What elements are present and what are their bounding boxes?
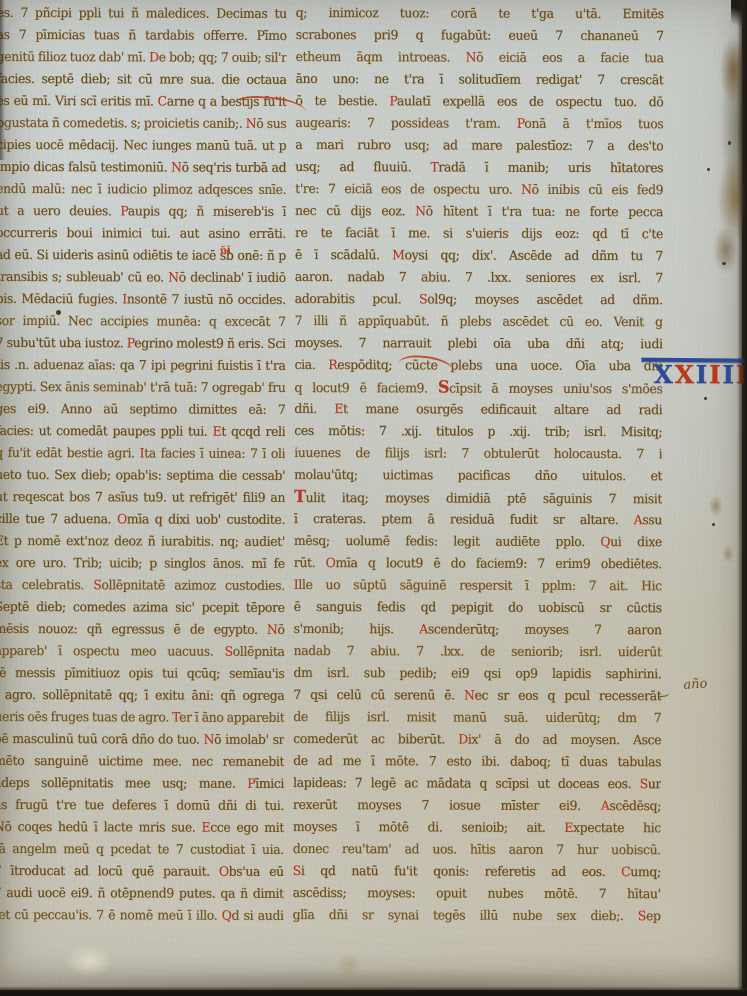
line-text: aulatī expellā eos de ospectu tuo. dō — [397, 93, 664, 110]
rubricated-initial: N — [415, 203, 426, 219]
chapter-numeral-letter: I — [696, 360, 708, 389]
line-text: q fu'it edāt bestie agri. — [0, 444, 140, 460]
line-text: ō sus — [256, 115, 286, 131]
line-text: i qd natū fu'it qonis: referetis ad eos. — [301, 862, 621, 879]
line-text: q locut9 ē faciem9. — [294, 379, 438, 395]
text-line: Et p nomē ext'noz deoz ñ iurabitis. nq; … — [0, 529, 285, 553]
line-text: cce ego mit — [210, 819, 284, 835]
rubricated-initial: T — [172, 709, 179, 725]
line-text: ē sanguis fedis qd pepigit do uobiscū sr… — [294, 598, 662, 615]
text-line: scrabones pri9 q fugabūt: eueū 7 chanane… — [296, 23, 664, 47]
line-text: q; inimicoz tuoz: corā te t'ga u'tā. Emi… — [296, 4, 664, 21]
text-line: mēto sanguinē uictime mee. nec remanebit — [0, 749, 284, 773]
text-line: augearis: 7 possideas t'ram. Ponā ā t'mī… — [295, 111, 663, 135]
line-text: lapideas: 7 legē ac mādata q scīpsi ut d… — [293, 774, 640, 791]
line-text: Nō coqes hedū ī lacte mris sue. — [0, 818, 202, 834]
text-line: as 7 pīmicias tuas ñ tardabis offerre. P… — [0, 23, 287, 47]
rubricated-initial: P — [127, 335, 134, 351]
line-text: glīa dñi sr synai tegēs illū nube sex di… — [293, 906, 638, 923]
rubricated-initial: O — [219, 863, 229, 879]
line-text: espōditq; cūcte plebs una uoce. Oīa uba … — [337, 357, 662, 374]
text-line: de filijs isrl. misit manū suā. uiderūtq… — [293, 705, 661, 729]
interlinear-correction: ñi — [219, 245, 231, 257]
line-text: 7 subu'tūt uba iustoz. — [0, 334, 127, 350]
text-line: ī crateras. ptem ā residuā fudit sr alta… — [294, 507, 662, 531]
text-line: nadab 7 abiu. 7 .lxx. de seniorib; isrl.… — [293, 639, 661, 663]
line-text: oē masculinū tuū corā dño do tuo. — [0, 730, 204, 746]
line-text: d si audi — [231, 907, 283, 923]
line-text: sta celebratis. — [0, 576, 93, 592]
text-line: lapideas: 7 legē ac mādata q scīpsi ut d… — [293, 771, 661, 795]
rubricated-initial: E — [213, 423, 222, 439]
line-text: ō te bestie. — [295, 92, 389, 108]
line-text: ō — [277, 621, 284, 637]
line-text: ueto tuo. Sex dieb; opab'is: septima die… — [0, 466, 285, 483]
text-line: etheum āqm introeas. Nō eiciā eos a faci… — [295, 45, 663, 69]
page-content: es. 7 pñcipi ppli tui ñ maledices. Decim… — [0, 0, 747, 996]
line-text: ssu — [642, 512, 662, 528]
line-text: mēto sanguinē uictime mee. nec remanebit — [0, 752, 284, 769]
rubricated-initial: E — [564, 819, 573, 835]
text-line: cia. Respōditq; cūcte plebs una uoce. Oī… — [294, 353, 662, 377]
line-text: e bob; qq; 7 ouib; sil'r — [159, 49, 287, 65]
line-text: iuuenes de filijs isrl: 7 obtulerūt holo… — [294, 444, 662, 461]
rubricated-initial: S — [93, 577, 101, 593]
line-text: tet cū peccau'is. 7 ē nomē meū ī illo. — [0, 906, 222, 922]
line-text: egrino molest9 ñ eris. Sci — [134, 335, 285, 351]
rubricated-initial: S — [640, 776, 648, 792]
line-text: a mari rubro usq; ad mare palestīoz: 7 a… — [295, 136, 663, 153]
line-text: t're: 7 eiciā eos de ospectu uro. — [295, 180, 521, 196]
rubricated-initial: C — [621, 864, 630, 880]
text-line: occurreris boui inimici tui. aut asino e… — [0, 221, 286, 245]
text-line: adorabitis pcul. Sol9q; moyses ascēdet a… — [295, 287, 663, 311]
line-text: ut a uero deuies. — [0, 202, 120, 218]
text-line: egypti. Sex ānis seminab' t'rā tuā: 7 og… — [0, 375, 285, 399]
text-line: adeps sollēpnitatis mee usq; mane. Pīmic… — [0, 771, 284, 795]
line-text: transibis s; subleuab' cū eo. — [0, 268, 168, 284]
line-text: lle uo sūptū sāguinē respersit ī pplm: 7… — [298, 576, 662, 593]
line-text: ascēdiss; moyses: opuit nubes mōtē. 7 hī… — [293, 884, 661, 901]
line-text: 7 audi uocē ei9. ñ otēpnend9 putes. qa ñ… — [0, 884, 284, 901]
line-text: umq; — [630, 864, 660, 880]
text-line: sor impiū. Nec accipies munēa: q excecāt… — [0, 309, 286, 333]
line-text: tē messis pīmitiuoz opis tui qcūq; semīa… — [0, 664, 284, 681]
line-text: augearis: 7 possideas t'ram. — [295, 114, 516, 130]
text-line: q fu'it edāt bestie agri. Ita facies ī u… — [0, 441, 285, 465]
line-text: appareb' ī ospectu meo uacuus. — [0, 642, 225, 658]
text-line: 7 ītroducat ad locū quē parauit. Obs'ua … — [0, 859, 284, 883]
rubricated-initial: E — [334, 401, 343, 417]
text-line: donec reu'tam' ad uos. hītis aaron 7 hur… — [293, 837, 661, 861]
text-line: 7 audi uocē ei9. ñ otēpnend9 putes. qa ñ… — [0, 881, 284, 905]
text-line: comederūt ac biberūt. Dix' ā do ad moyse… — [293, 727, 661, 751]
text-line: ueris oēs fruges tuas de agro. Ter ī āno… — [0, 705, 284, 729]
line-text: re te faciāt ī me. si s'uieris dijs eoz:… — [295, 224, 663, 241]
line-text: genitū filioz tuoz dab' mī. — [0, 48, 149, 64]
rubricated-initial: N — [267, 621, 278, 637]
line-text: ē ī scādalū. — [295, 246, 392, 262]
line-text: impio dicas falsū testimoniū. — [0, 158, 171, 174]
line-text: tis .n. aduenaz aīas: qa 7 ipi pegrini f… — [0, 356, 285, 373]
line-text: ix' ā do ad moysen. Asce — [468, 731, 661, 747]
text-line: genitū filioz tuoz dab' mī. De bob; qq; … — [0, 45, 287, 69]
line-text: radā ī manib; uris hītatores — [438, 159, 663, 175]
text-line: pis. Mēdaciū fugies. Insontē 7 iustū nō … — [0, 287, 286, 311]
rubricated-initial: O — [117, 511, 127, 527]
line-text: onā ā t'mīos tuos — [524, 115, 663, 131]
line-text: t qcqd reli — [221, 423, 285, 439]
text-line: ges ei9. Anno aū septimo dimittes eā: 7 … — [0, 397, 285, 421]
rubricated-initial: D — [149, 49, 159, 65]
line-text: ur — [648, 776, 661, 792]
line-text: ollēpnitatē azimoz custodies. — [101, 577, 284, 593]
line-text: de filijs isrl. misit manū suā. uiderūtq… — [293, 708, 661, 725]
rubricated-initial: P — [517, 115, 525, 131]
text-line: ē ī scādalū. Moysi qq; dix'. Ascēde ad d… — [295, 243, 663, 267]
line-text: bs'ua eū — [229, 863, 284, 879]
text-line: as frugū t're tue deferes ī domū dñi di … — [0, 793, 284, 817]
line-text: Septē dieb; comedes azima sic' pcepit tē… — [0, 598, 285, 615]
line-text: t mane osurgēs edificauit altare ad radi — [343, 401, 662, 418]
line-text: ces mōtis: 7 .xij. titulos p .xij. trib;… — [294, 422, 662, 439]
line-text: comederūt ac biberūt. — [293, 730, 458, 746]
line-text: āno uno: ne t'ra ī solitudīem redigat' 7… — [295, 70, 663, 87]
manuscript-photo: { "colors": { "ink_brown": "#6d4c15", "r… — [0, 0, 747, 996]
line-text: egypti. Sex ānis seminab' t'rā tuā: 7 og… — [0, 378, 285, 395]
line-text: ō eiciā eos a facie tua — [476, 49, 664, 65]
text-line: Tulit itaq; moyses dimidiā ptē sāguinis … — [294, 485, 662, 509]
line-text: cia. — [294, 356, 328, 372]
text-line: tis .n. aduenaz aīas: qa 7 ipi pegrini f… — [0, 353, 286, 377]
text-line: moyses ī mōtē di. senioib; ait. Expectat… — [293, 815, 661, 839]
line-text: nec cū dijs eoz. — [295, 202, 415, 218]
text-line: aaron. nadab 7 abiu. 7 .lxx. seniores ex… — [295, 265, 663, 289]
line-text: etheum āqm introeas. — [296, 48, 466, 64]
text-line: iuuenes de filijs isrl: 7 obtulerūt holo… — [294, 441, 662, 465]
text-line: re te faciāt ī me. si s'uieris dijs eoz:… — [295, 221, 663, 245]
line-text: donec reu'tam' ad uos. hītis aaron 7 hur… — [293, 840, 661, 857]
text-line: rūt. Omīa q locut9 ē do faciem9: 7 erim9… — [294, 551, 662, 575]
line-text: ut reqescat bos 7 asĩus tu9. ut refrigēt… — [0, 488, 285, 505]
line-text: ō hītent ī t'ra tua: ne forte pecca — [426, 203, 663, 219]
rubricated-initial: N — [466, 49, 477, 65]
text-line: ut reqescat bos 7 asĩus tu9. ut refrigēt… — [0, 485, 285, 509]
chapter-numeral: XXIIII — [653, 359, 747, 389]
right-page-edge — [737, 0, 747, 996]
rubricated-initial: N — [171, 159, 182, 175]
rubricated-initial: N — [521, 181, 532, 197]
line-text: dñi. — [294, 400, 334, 416]
text-line: Septē dieb; comedes azima sic' pcepit tē… — [0, 595, 285, 619]
text-line: ī agro. sollēpnitatē qq; ī exitu āni: qñ… — [0, 683, 284, 707]
text-line: q locut9 ē faciem9. Scīpsit ā moyses uni… — [294, 375, 662, 399]
line-text: 7 ītroducat ad locū quē parauit. — [0, 862, 219, 878]
line-text: ol9q; moyses ascēdet ad dñm. — [427, 291, 663, 307]
text-line: rexerūt moyses 7 iosue mīster ei9. Ascēd… — [293, 793, 661, 817]
text-line: es. 7 pñcipi ppli tui ñ maledices. Decim… — [0, 1, 287, 25]
line-text: ollēpnita — [233, 643, 285, 659]
line-text: ta facies ī uinea: 7 ī oli — [144, 445, 285, 461]
line-text: molau'ūtq; uictimas pacificas dño uitulo… — [294, 466, 662, 483]
text-line: ō te bestie. Paulatī expellā eos de ospe… — [295, 89, 663, 113]
line-text: es eū mī. Viri scī eritis mī. — [0, 92, 158, 108]
text-line: dm isrl. sub pedib; ei9 qsi op9 lapidis … — [293, 661, 661, 685]
line-text: pgustata ñ comedetis. s; proicietis cani… — [0, 114, 246, 130]
text-line: 7 subu'tūt uba iustoz. Pegrino molest9 ñ… — [0, 331, 286, 355]
text-line: ex ore uro. Trib; uicib; p singlos ānos.… — [0, 551, 285, 575]
rubricated-initial: D — [458, 731, 468, 747]
text-line: ad eū. Si uideris asinū odiētis te iacē … — [0, 243, 286, 267]
line-text: ulit itaq; moyses dimidiā ptē sāguinis 7… — [306, 489, 662, 506]
text-line: endū malū: nec ī iudicio plimoz adqesces… — [0, 177, 286, 201]
text-line: impio dicas falsū testimoniū. Nō seq'ris… — [0, 155, 286, 179]
rubricated-initial: N — [168, 269, 179, 285]
text-column-right: q; inimicoz tuoz: corā te t'ga u'tā. Emi… — [293, 2, 664, 927]
text-line: glīa dñi sr synai tegēs illū nube sex di… — [293, 903, 661, 927]
line-text: es. 7 pñcipi ppli tui ñ maledices. Decim… — [0, 4, 287, 21]
text-line: s'monib; hijs. Ascenderūtq; moyses 7 aar… — [294, 617, 662, 641]
text-line: tē messis pīmitiuoz opis tui qcūq; semīa… — [0, 661, 284, 685]
rubricated-initial: C — [158, 93, 167, 109]
line-text: scēdēsq; — [609, 798, 661, 814]
text-line: cipies uocē mēdacij. Nec iunges manū tuā… — [0, 133, 286, 157]
rubricated-initial: M — [392, 247, 404, 263]
text-line: mēsq; uolumē fedis: legit audiēte pplo. … — [294, 529, 662, 553]
line-text: Et p nomē ext'noz deoz ñ iurabitis. nq; … — [0, 532, 285, 549]
text-line: Ille uo sūptū sāguinē respersit ī pplm: … — [294, 573, 662, 597]
bottom-backdrop — [0, 986, 747, 996]
line-text: as 7 pīmicias tuas ñ tardabis offerre. P… — [0, 26, 287, 43]
text-line: transibis s; subleuab' cū eo. Nō declina… — [0, 265, 286, 289]
line-text: ex ore uro. Trib; uicib; p singlos ānos.… — [0, 554, 285, 571]
line-text: cille tue 7 aduena. — [0, 510, 117, 526]
line-text: mīa q dixi uob' custodite. — [127, 511, 285, 527]
line-text: s'monib; hijs. — [294, 620, 420, 636]
left-edge-shadow — [0, 0, 5, 160]
rubricated-initial: P — [120, 203, 127, 219]
text-line: dñi. Et mane osurgēs edificauit altare a… — [294, 397, 662, 421]
rubricated-initial: T — [294, 486, 306, 506]
line-text: ī crateras. ptem ā residuā fudit sr alta… — [294, 510, 634, 527]
rubricated-initial: N — [464, 687, 475, 703]
line-text: ō inibis cū eis fed9 — [532, 181, 664, 197]
rubricated-initial: N — [246, 115, 257, 131]
line-text: pis. Mēdaciū fugies. — [0, 290, 122, 306]
text-column-left: es. 7 pñcipi ppli tui ñ maledices. Decim… — [0, 2, 287, 927]
line-text: īmici — [255, 775, 284, 791]
line-text: cipies uocē mēdacij. Nec iunges manū tuā… — [0, 136, 286, 153]
chapter-numeral-letter: X — [674, 360, 694, 389]
line-text: 7 illi ñ appīquabūt. ñ plebs ascēdet cū … — [295, 312, 663, 329]
text-line: cille tue 7 aduena. Omīa q dixi uob' cus… — [0, 507, 285, 531]
line-text: adeps sollēpnitatis mee usq; mane. — [0, 774, 247, 790]
line-text: 7 qsi celū cū serenū ē. — [293, 686, 464, 702]
line-text: rexerūt moyses 7 iosue mīster ei9. — [293, 796, 601, 813]
chapter-numeral-letter: I — [722, 360, 734, 389]
text-line: sta celebratis. Sollēpnitatē azimoz cust… — [0, 573, 285, 597]
text-line: t're: 7 eiciā eos de ospectu uro. Nō ini… — [295, 177, 663, 201]
line-text: endū malū: nec ī iudicio plimoz adqesces… — [0, 180, 286, 197]
line-text: facies: ut comedāt paupes ppli tui. — [0, 422, 213, 438]
line-text: as frugū t're tue deferes ī domū dñi di … — [0, 796, 284, 813]
line-text: rūt. — [294, 554, 326, 570]
line-text: ges ei9. Anno aū septimo dimittes eā: 7 … — [0, 400, 285, 421]
line-text: occurreris boui inimici tui. aut asino e… — [0, 224, 286, 245]
text-line: appareb' ī ospectu meo uacuus. Sollēpnit… — [0, 639, 285, 663]
text-line: usq; ad fluuiū. Tradā ī manib; uris hīta… — [295, 155, 663, 179]
rubricated-initial: N — [203, 731, 214, 747]
line-text: dm isrl. sub pedib; ei9 qsi op9 lapidis … — [293, 664, 661, 681]
text-line: ē sanguis fedis qd pepigit do uobiscū sr… — [294, 595, 662, 619]
line-text: ad eū. Si uideris asinū odiētis te iacē … — [0, 246, 286, 263]
line-text: mēsis nouoz: qñ egressus ē de egypto. — [0, 620, 267, 637]
text-line: nec cū dijs eoz. Nō hītent ī t'ra tua: n… — [295, 199, 663, 223]
line-text: mīa q locut9 ē do faciem9: 7 erim9 obedi… — [335, 555, 661, 572]
line-text: adorabitis pcul. — [295, 290, 419, 306]
chapter-numeral-letter: X — [653, 359, 673, 388]
line-text: aaron. nadab 7 abiu. 7 .lxx. seniores ex… — [295, 268, 663, 285]
line-text: cīpsit ā moyses uniu'sos s'mões — [449, 380, 662, 396]
line-text: usq; ad fluuiū. — [295, 158, 430, 174]
rubricated-initial: R — [328, 357, 337, 373]
margin-gloss: año — [683, 676, 708, 693]
rubricated-initial: Q — [600, 533, 610, 549]
text-line: ascēdiss; moyses: opuit nubes mōtē. 7 hī… — [293, 881, 661, 905]
line-text: facies. septē dieb; sit cū mre sua. die … — [0, 70, 286, 91]
line-text: sor impiū. Nec accipies munēa: q excecāt… — [0, 312, 286, 333]
text-line: oē masculinū tuū corā dño do tuo. Nō imo… — [0, 727, 284, 751]
line-text: ep — [646, 908, 661, 924]
line-text: oysi qq; dix'. Ascēde ad dñm tu 7 — [404, 247, 662, 264]
line-text: scenderūtq; moyses 7 aaron — [428, 621, 662, 637]
line-text: mēsq; uolumē fedis: legit audiēte pplo. — [294, 532, 601, 549]
text-line: mēsis nouoz: qñ egressus ē de egypto. Nō — [0, 617, 285, 641]
rubricated-initial: Q — [222, 907, 232, 923]
line-text: de ad me ī mōte. 7 esto ibi. daboq; tī d… — [293, 752, 661, 769]
text-line: facies: ut comedāt paupes ppli tui. Et q… — [0, 419, 285, 443]
text-line: molau'ūtq; uictimas pacificas dño uitulo… — [294, 463, 662, 487]
line-text: ui dixe — [610, 534, 662, 550]
line-text: moyses ī mōtē di. senioib; ait. — [293, 818, 565, 835]
text-line: a mari rubro usq; ad mare palestīoz: 7 a… — [295, 133, 663, 157]
line-text: nadab 7 abiu. 7 .lxx. de seniorib; isrl.… — [293, 642, 661, 659]
text-line: 7 illi ñ appīquabūt. ñ plebs ascēdet cū … — [295, 309, 663, 333]
line-text: moyses. 7 narrauit plebi oīa uba dñi atq… — [295, 334, 663, 351]
text-line: de ad me ī mōte. 7 esto ibi. daboq; tī d… — [293, 749, 661, 773]
text-line: āno uno: ne t'ra ī solitudīem redigat' 7… — [295, 67, 663, 91]
text-line: q; inimicoz tuoz: corā te t'ga u'tā. Emi… — [296, 1, 664, 25]
line-text: er ī āno apparebit — [179, 709, 284, 725]
rubricated-initial: S — [438, 377, 449, 397]
line-text: ec sr eos q pcul recesserāt — [474, 687, 661, 703]
rubricated-initial: S — [224, 643, 232, 659]
text-line: ces mōtis: 7 .xij. titulos p .xij. trib;… — [294, 419, 662, 443]
text-line: ueto tuo. Sex dieb; opab'is: septima die… — [0, 463, 285, 487]
text-line: ut a uero deuies. Paupis qq; ñ misereb'i… — [0, 199, 286, 223]
chapter-numeral-letter: I — [709, 360, 721, 389]
text-line: pgustata ñ comedetis. s; proicietis cani… — [0, 111, 286, 135]
text-line: moyses. 7 narrauit plebi oīa uba dñi atq… — [295, 331, 663, 355]
line-text: scrabones pri9 q fugabūt: eueū 7 chanane… — [296, 26, 664, 43]
line-text: ueris oēs fruges tuas de agro. — [0, 708, 172, 724]
text-line: tet cū peccau'is. 7 ē nomē meū ī illo. Q… — [0, 903, 284, 927]
text-line: 7 qsi celū cū serenū ē. Nec sr eos q pcu… — [293, 683, 661, 707]
line-text: tā angelm meū q pcedat te 7 custodiat ī … — [0, 840, 284, 857]
text-line: Nō coqes hedū ī lacte mris sue. Ecce ego… — [0, 815, 284, 839]
text-line: tā angelm meū q pcedat te 7 custodiat ī … — [0, 837, 284, 861]
rubricated-initial: S — [293, 862, 301, 878]
text-line: Si qd natū fu'it qonis: referetis ad eos… — [293, 859, 661, 883]
text-line: facies. septē dieb; sit cū mre sua. die … — [0, 67, 286, 91]
rubricated-initial: O — [326, 555, 336, 571]
line-text: xpectate hic — [573, 819, 661, 835]
line-text: ī agro. sollēpnitatē qq; ī exitu āni: qñ… — [0, 686, 284, 703]
